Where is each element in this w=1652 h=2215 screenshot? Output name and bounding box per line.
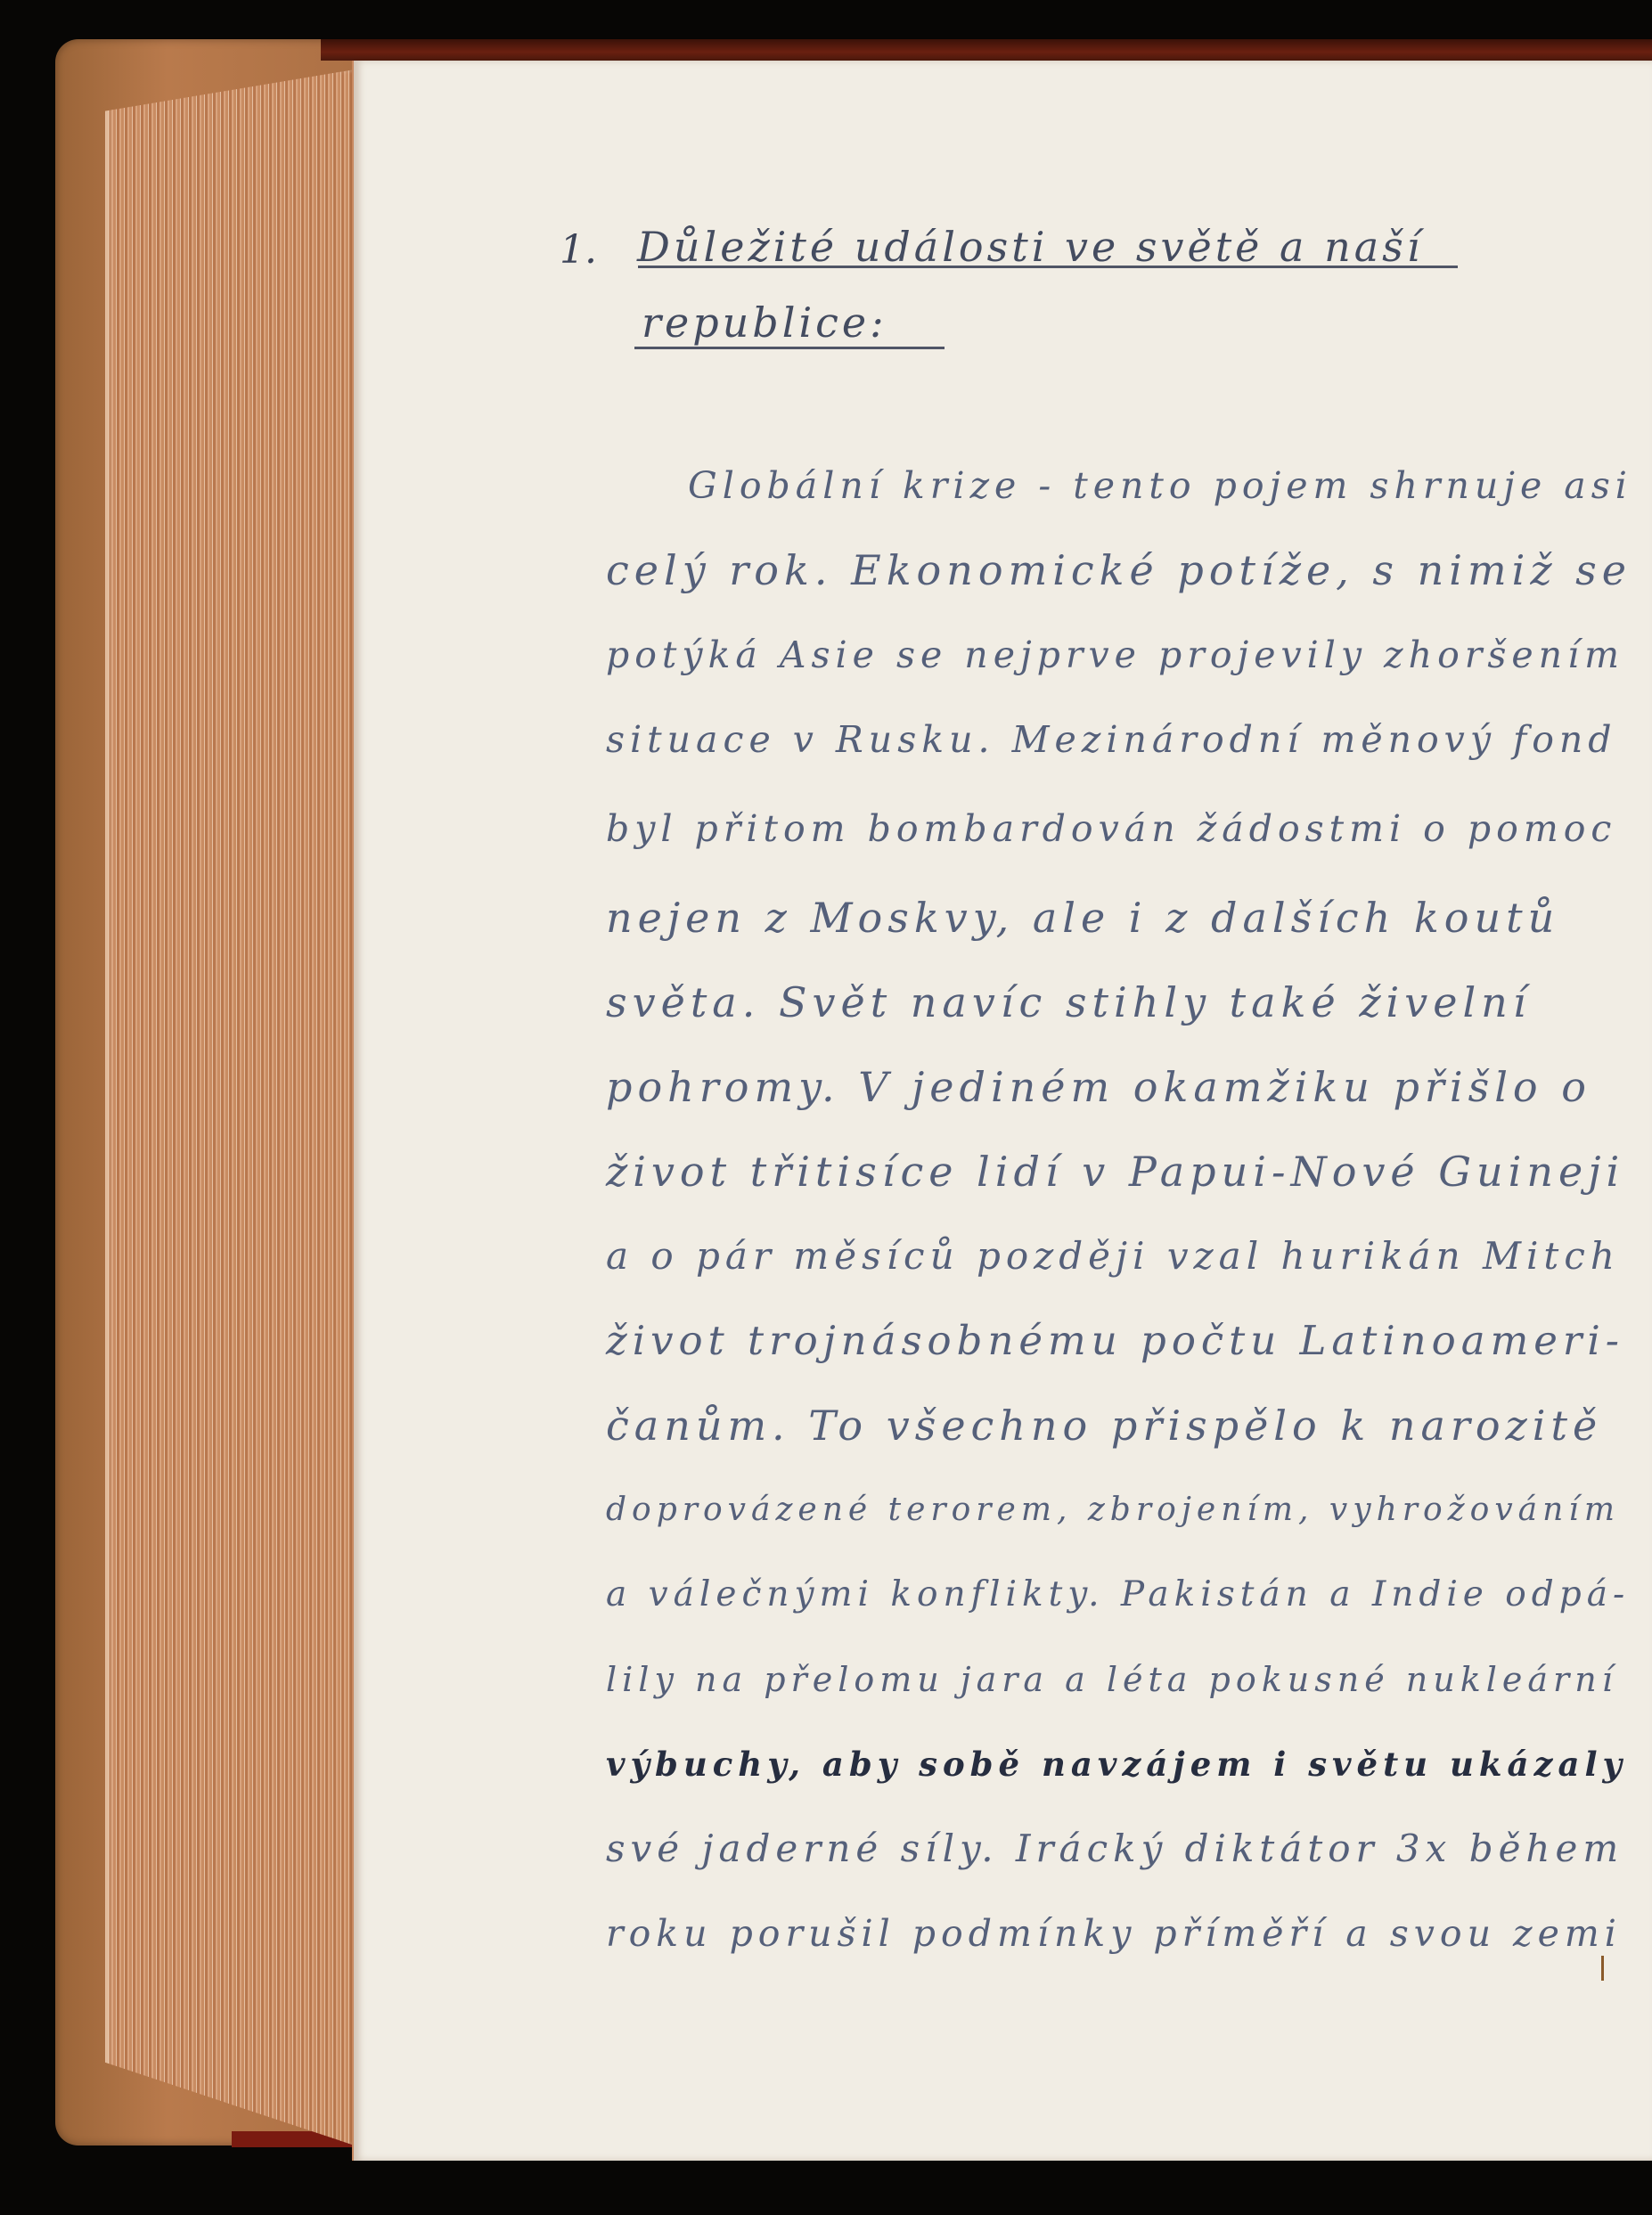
body-line: Globální krize - tento pojem shrnuje asi — [688, 459, 1632, 512]
body-line: byl přitom bombardován žádostmi o pomoc — [606, 802, 1616, 855]
heading-line-1: Důležité události ve světě a naší — [637, 223, 1423, 271]
book-cover-top-edge — [321, 39, 1652, 61]
page-edges — [105, 69, 355, 2146]
body-line: život trojnásobnému počtu Latinoameri- — [606, 1314, 1624, 1368]
body-line: nejen z Moskvy, ale i z dalších koutů — [606, 891, 1559, 944]
heading-line-2: republice: — [642, 298, 887, 347]
heading-number: 1. — [560, 227, 597, 273]
body-line: celý rok. Ekonomické potíže, s nimiž se — [606, 544, 1632, 597]
body-line: výbuchy, aby sobě navzájem i světu ukáza… — [606, 1737, 1627, 1791]
body-line: své jaderné síly. Irácký diktátor 3x běh… — [606, 1822, 1623, 1876]
body-line: a o pár měsíců později vzal hurikán Mitc… — [606, 1230, 1620, 1283]
body-line: situace v Rusku. Mezinárodní měnový fond — [606, 713, 1617, 766]
body-line: roku porušil podmínky příměří a svou zem… — [606, 1907, 1622, 1960]
stray-pen-mark — [1601, 1956, 1604, 1981]
body-line: čanům. To všechno přispělo k narozitě — [606, 1399, 1602, 1452]
heading-underline-2 — [634, 347, 945, 349]
body-line: potýká Asie se nejprve projevily zhoršen… — [606, 628, 1624, 682]
body-line: světa. Svět navíc stihly také živelní — [606, 976, 1532, 1029]
body-line: pohromy. V jediném okamžiku přišlo o — [606, 1060, 1591, 1114]
body-line: život třitisíce lidí v Papui-Nové Guinej… — [606, 1145, 1624, 1198]
body-line: lily na přelomu jara a léta pokusné nukl… — [606, 1653, 1618, 1706]
body-line: doprovázené terorem, zbrojením, vyhrožov… — [606, 1483, 1620, 1537]
body-line: a válečnými konflikty. Pakistán a Indie … — [606, 1568, 1630, 1622]
heading-underline-1 — [638, 266, 1458, 268]
